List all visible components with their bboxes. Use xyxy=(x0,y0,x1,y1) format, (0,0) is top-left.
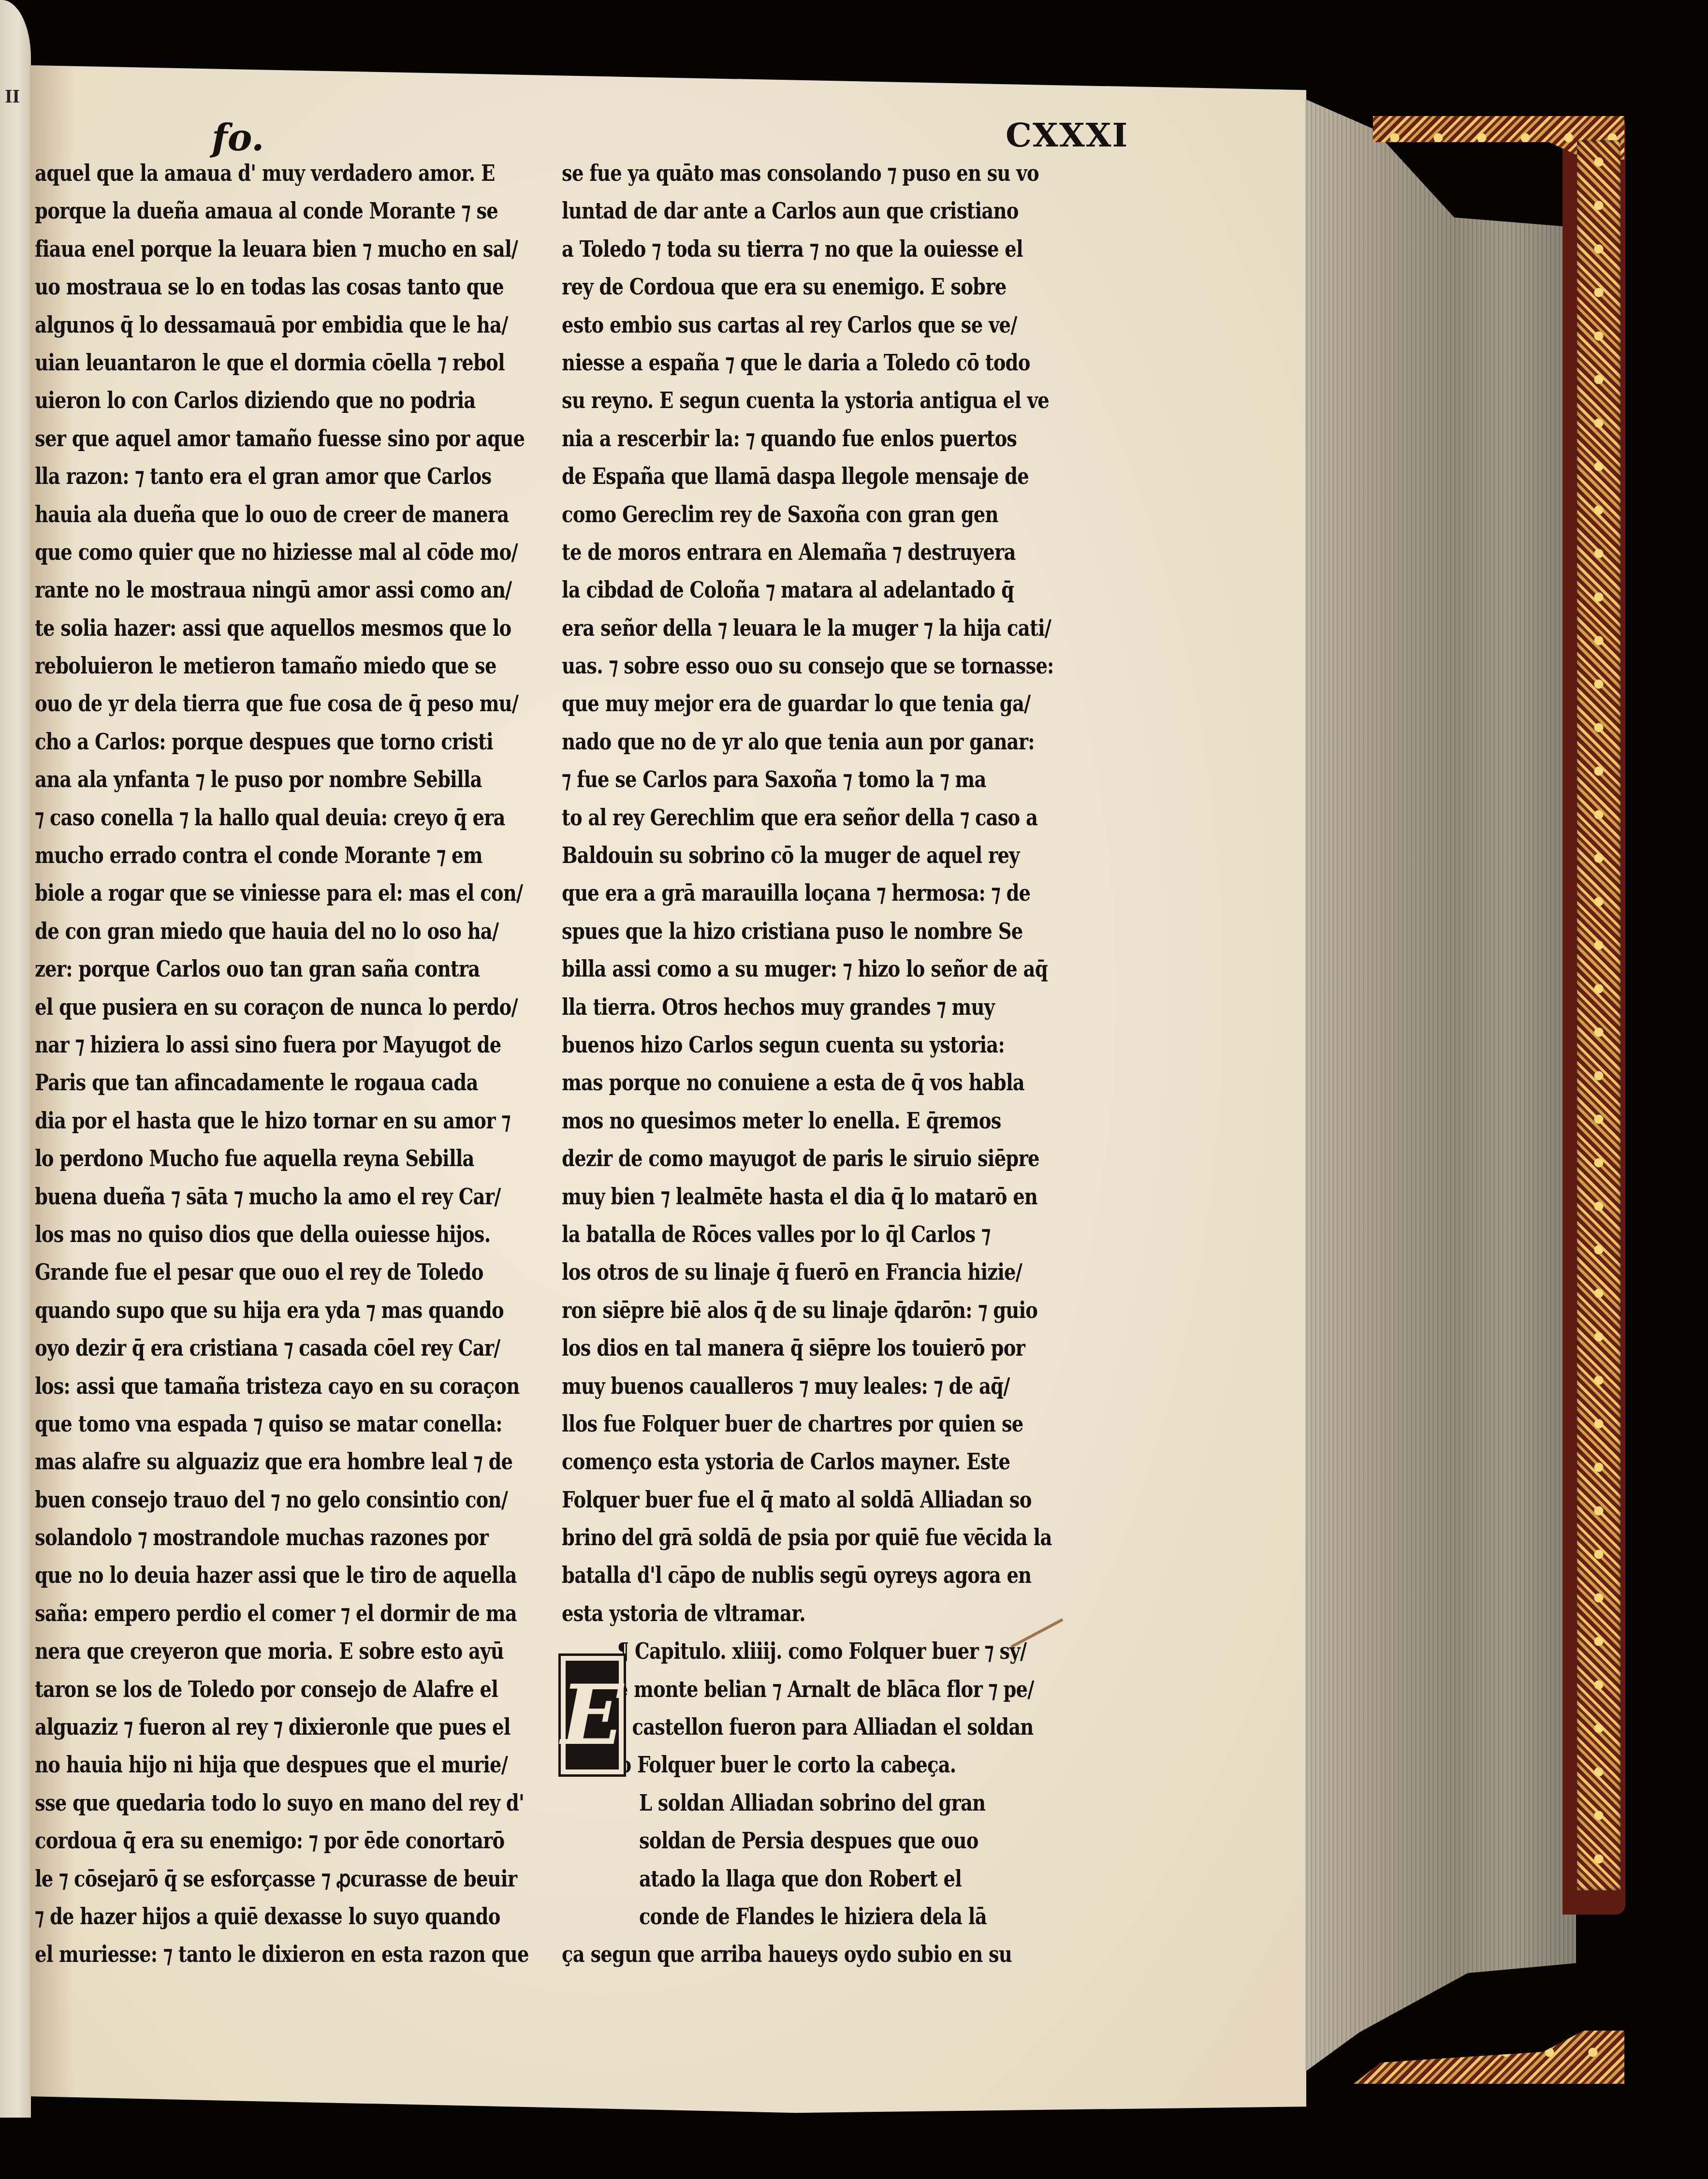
text-line: los dios en tal manera q̄ siēpre los tou… xyxy=(562,1330,974,1367)
text-line: el que pusiera en su coraçon de nunca lo… xyxy=(35,989,439,1026)
text-line: no hauia hijo ni hija que despues que el… xyxy=(35,1746,439,1784)
text-line: que era a grā marauilla loçana ⁊ hermosa… xyxy=(562,875,974,912)
text-line: brino del grā soldā de psia por quiē fue… xyxy=(562,1519,974,1557)
text-line: lla tierra. Otros hechos muy grandes ⁊ m… xyxy=(562,989,974,1026)
text-line: muy buenos caualleros ⁊ muy leales: ⁊ de… xyxy=(562,1368,974,1405)
text-line: niesse a españa ⁊ que le daria a Toledo … xyxy=(562,344,974,382)
text-line: mas alafre su alguaziz que era hombre le… xyxy=(35,1443,439,1481)
text-line: uas. ⁊ sobre esso ouo su consejo que se … xyxy=(562,647,974,685)
text-line: ⁊ de hazer hijos a quiē dexasse lo suyo … xyxy=(35,1898,439,1936)
text-line: que no lo deuia hazer assi que le tiro d… xyxy=(35,1557,439,1594)
text-line: a Toledo ⁊ toda su tierra ⁊ no que la ou… xyxy=(562,231,974,268)
text-line: se fue ya quāto mas consolando ⁊ puso en… xyxy=(562,155,974,192)
previous-page-edge: II xyxy=(0,0,31,2118)
text-line: muy bien ⁊ lealmēte hasta el dia q̄ lo m… xyxy=(562,1178,974,1216)
text-line: buena dueña ⁊ sāta ⁊ mucho la amo el rey… xyxy=(35,1178,439,1216)
text-line: esto embio sus cartas al rey Carlos que … xyxy=(562,307,974,344)
text-line: de con gran miedo que hauia del no lo os… xyxy=(35,913,439,951)
text-line: cordoua q̄ era su enemigo: ⁊ por ēde con… xyxy=(35,1822,439,1860)
text-line: mas porque no conuiene a esta de q̄ vos … xyxy=(562,1064,974,1102)
text-line: su reyno. E segun cuenta la ystoria anti… xyxy=(562,382,974,420)
text-line: oyo dezir q̄ era cristiana ⁊ casada cōel… xyxy=(35,1330,439,1367)
text-line: la batalla de Rōces valles por lo q̄l Ca… xyxy=(562,1216,974,1254)
text-line: uian leuantaron le que el dormia cōella … xyxy=(35,344,439,382)
text-line: los: assi que tamaña tristeza cayo en su… xyxy=(35,1368,439,1405)
text-line: mucho errado contra el conde Morante ⁊ e… xyxy=(35,837,439,875)
text-line: conde de Flandes le hiziera dela lā xyxy=(639,1898,974,1936)
text-line: algunos q̄ lo dessamauā por embidia que … xyxy=(35,307,439,344)
text-line: ⁊ caso conella ⁊ la hallo qual deuia: cr… xyxy=(35,799,439,837)
text-line: solandolo ⁊ mostrandole muchas razones p… xyxy=(35,1519,439,1557)
text-line: L soldan Alliadan sobrino del gran xyxy=(639,1784,974,1822)
text-line: to al rey Gerechlim que era señor della … xyxy=(562,799,974,837)
text-line: nera que creyeron que moria. E sobre est… xyxy=(35,1633,439,1670)
folio-label: fo. xyxy=(212,116,264,159)
text-line: ça segun que arriba haueys oydo subio en… xyxy=(562,1936,974,1974)
text-line: ser que aquel amor tamaño fuesse sino po… xyxy=(35,420,439,458)
text-line: te de moros entrara en Alemaña ⁊ destruy… xyxy=(562,534,974,571)
text-line: ⁊ fue se Carlos para Saxoña ⁊ tomo la ⁊ … xyxy=(562,761,974,799)
left-text-column: aquel que la amaua d' muy verdadero amor… xyxy=(35,155,439,1974)
text-line: llos fue Folquer buer de chartres por qu… xyxy=(562,1405,974,1443)
text-line: mos no quesimos meter lo enella. E q̄rem… xyxy=(562,1102,974,1140)
text-line: uo mostraua se lo en todas las cosas tan… xyxy=(35,268,439,306)
text-line: buen consejo trauo del ⁊ no gelo consint… xyxy=(35,1481,439,1519)
text-line: que como quier que no hiziesse mal al cō… xyxy=(35,534,439,571)
drop-cap-letter: E xyxy=(561,1674,624,1756)
text-line: cho a Carlos: porque despues que torno c… xyxy=(35,723,439,761)
text-line: la cibdad de Coloña ⁊ matara al adelanta… xyxy=(562,571,974,609)
text-line: nar ⁊ hiziera lo assi sino fuera por May… xyxy=(35,1026,439,1064)
text-line: nia a rescerbir la: ⁊ quando fue enlos p… xyxy=(562,420,974,458)
chapter-body: L soldan Alliadan sobrino del gransoldan… xyxy=(562,1784,974,1974)
text-line: soldan de Persia despues que ouo xyxy=(639,1822,974,1860)
text-line: nado que no de yr alo que tenia aun por … xyxy=(562,723,974,761)
right-column-body: se fue ya quāto mas consolando ⁊ puso en… xyxy=(562,155,974,1633)
text-line: batalla d'l cāpo de nublis segū oyreys a… xyxy=(562,1557,974,1594)
text-line: zer: porque Carlos ouo tan gran saña con… xyxy=(35,951,439,988)
text-line: lla razon: ⁊ tanto era el gran amor que … xyxy=(35,458,439,496)
text-line: porque la dueña amaua al conde Morante ⁊… xyxy=(35,192,439,230)
previous-page-fragment: II xyxy=(5,85,20,107)
text-line: Paris que tan afincadamente le rogaua ca… xyxy=(35,1064,439,1102)
folio-number: CXXXI xyxy=(1006,116,1128,155)
text-line: biole a rogar que se viniesse para el: m… xyxy=(35,875,439,912)
text-line: ouo de yr dela tierra que fue cosa de q̄… xyxy=(35,685,439,723)
text-line: los otros de su linaje q̄ fuerō en Franc… xyxy=(562,1254,974,1291)
text-line: aquel que la amaua d' muy verdadero amor… xyxy=(35,155,439,192)
text-line: començo esta ystoria de Carlos mayner. E… xyxy=(562,1443,974,1481)
text-line: sse que quedaria todo lo suyo en mano de… xyxy=(35,1784,439,1822)
gilt-border-side xyxy=(1577,140,1620,1890)
text-line: Baldouin su sobrino cō la muger de aquel… xyxy=(562,837,974,875)
text-line: ana ala ynfanta ⁊ le puso por nombre Seb… xyxy=(35,761,439,799)
text-line: era señor della ⁊ leuara le la muger ⁊ l… xyxy=(562,610,974,647)
text-line: Grande fue el pesar que ouo el rey de To… xyxy=(35,1254,439,1291)
text-line: billa assi como a su muger: ⁊ hizo lo se… xyxy=(562,951,974,988)
text-line: te solia hazer: assi que aquellos mesmos… xyxy=(35,610,439,647)
text-line: que muy mejor era de guardar lo que teni… xyxy=(562,685,974,723)
text-line: saña: empero perdio el comer ⁊ el dormir… xyxy=(35,1595,439,1633)
text-line: le ⁊ cōsejarō q̄ se esforçasse ⁊ ꝓcurass… xyxy=(35,1860,439,1898)
text-line: ron siēpre biē alos q̄ de su linaje q̄da… xyxy=(562,1292,974,1330)
text-line: atado la llaga que don Robert el xyxy=(639,1860,974,1898)
text-line: reboluieron le metieron tamaño miedo que… xyxy=(35,647,439,685)
decorated-initial: E xyxy=(558,1653,626,1777)
text-line: fiaua enel porque la leuara bien ⁊ mucho… xyxy=(35,231,439,268)
text-line: que tomo vna espada ⁊ quiso se matar con… xyxy=(35,1405,439,1443)
text-line: rey de Cordoua que era su enemigo. E sob… xyxy=(562,268,974,306)
text-line: rante no le mostraua ningū amor assi com… xyxy=(35,571,439,609)
text-line: hauia ala dueña que lo ouo de creer de m… xyxy=(35,496,439,534)
text-line: uieron lo con Carlos diziendo que no pod… xyxy=(35,382,439,420)
text-line: alguaziz ⁊ fueron al rey ⁊ dixieronle qu… xyxy=(35,1709,439,1746)
text-line: Folquer buer fue el q̄ mato al soldā All… xyxy=(562,1481,974,1519)
text-line: lo perdono Mucho fue aquella reyna Sebil… xyxy=(35,1140,439,1178)
gilt-border-bottom xyxy=(1354,2031,1624,2084)
text-line: quando supo que su hija era yda ⁊ mas qu… xyxy=(35,1292,439,1330)
text-line: dia por el hasta que le hizo tornar en s… xyxy=(35,1102,439,1140)
text-line: spues que la hizo cristiana puso le nomb… xyxy=(562,913,974,951)
text-line: de España que llamā daspa llegole mensaj… xyxy=(562,458,974,496)
text-line: taron se los de Toledo por consejo de Al… xyxy=(35,1671,439,1709)
text-line: luntad de dar ante a Carlos aun que cris… xyxy=(562,192,974,230)
text-line: buenos hizo Carlos segun cuenta su ystor… xyxy=(562,1026,974,1064)
text-line: como Gereclim rey de Saxoña con gran gen xyxy=(562,496,974,534)
text-line: esta ystoria de vltramar. xyxy=(562,1595,974,1633)
page-stack-fore-edge xyxy=(1305,99,1576,2072)
text-line: dezir de como mayugot de paris le siruio… xyxy=(562,1140,974,1178)
text-line: el muriesse: ⁊ tanto le dixieron en esta… xyxy=(35,1936,439,1974)
text-line: los mas no quiso dios que della ouiesse … xyxy=(35,1216,439,1254)
